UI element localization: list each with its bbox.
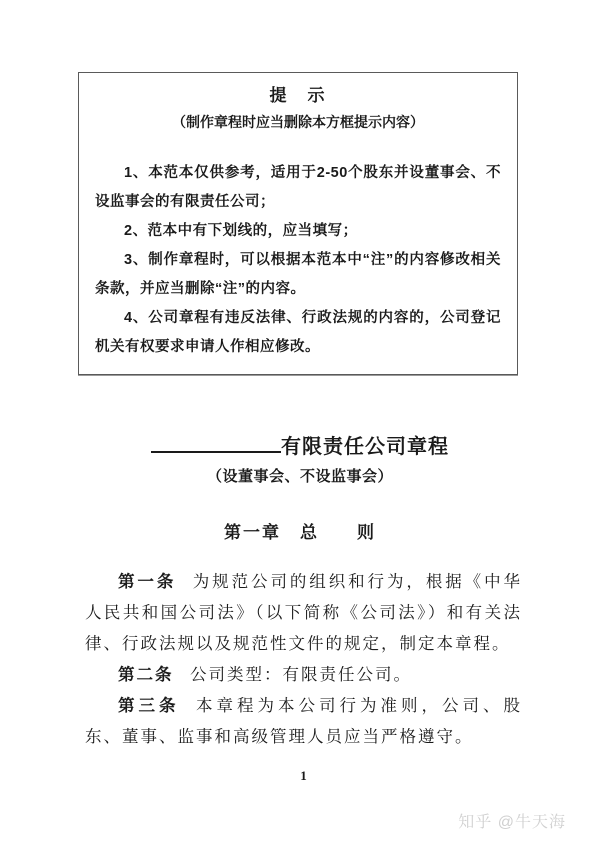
notice-item: 2、范本中有下划线的，应当填写； bbox=[95, 217, 501, 246]
notice-item: 4、公司章程有违反法律、行政法规的内容的，公司登记机关有权要求申请人作相应修改。 bbox=[95, 304, 501, 362]
chapter-heading: 第一章 总 则 bbox=[0, 518, 600, 543]
notice-item-list: 1、本范本仅供参考，适用于2-50个股东并设董事会、不设监事会的有限责任公司； … bbox=[95, 159, 501, 362]
article-content: 第一条为规范公司的组织和行为，根据《中华人民共和国公司法》（以下简称《公司法》）… bbox=[85, 566, 522, 752]
article-label: 第三条 bbox=[118, 696, 180, 715]
article-text: 公司类型：有限责任公司。 bbox=[190, 665, 412, 684]
notice-box: 提 示 （制作章程时应当删除本方框提示内容） 1、本范本仅供参考，适用于2-50… bbox=[78, 72, 518, 375]
article-paragraph: 第一条为规范公司的组织和行为，根据《中华人民共和国公司法》（以下简称《公司法》）… bbox=[85, 566, 522, 659]
notice-item: 1、本范本仅供参考，适用于2-50个股东并设董事会、不设监事会的有限责任公司； bbox=[95, 159, 501, 217]
zhihu-watermark: 知乎 @牛天海 bbox=[458, 809, 566, 832]
document-page: 提 示 （制作章程时应当删除本方框提示内容） 1、本范本仅供参考，适用于2-50… bbox=[0, 0, 600, 848]
page-number: 1 bbox=[85, 768, 522, 784]
document-title: 有限责任公司章程 bbox=[0, 430, 600, 459]
notice-title: 提 示 bbox=[95, 83, 501, 109]
fill-in-blank-line bbox=[151, 447, 281, 453]
notice-item: 3、制作章程时，可以根据本范本中“注”的内容修改相关条款，并应当删除“注”的内容… bbox=[95, 246, 501, 304]
notice-subtitle: （制作章程时应当删除本方框提示内容） bbox=[95, 111, 501, 133]
article-paragraph: 第二条公司类型：有限责任公司。 bbox=[85, 659, 522, 690]
article-label: 第二条 bbox=[118, 665, 174, 684]
document-subtitle: （设董事会、不设监事会） bbox=[0, 465, 600, 486]
document-title-text: 有限责任公司章程 bbox=[281, 436, 449, 458]
article-label: 第一条 bbox=[118, 572, 176, 591]
article-paragraph: 第三条本章程为本公司行为准则，公司、股东、董事、监事和高级管理人员应当严格遵守。 bbox=[85, 690, 522, 752]
